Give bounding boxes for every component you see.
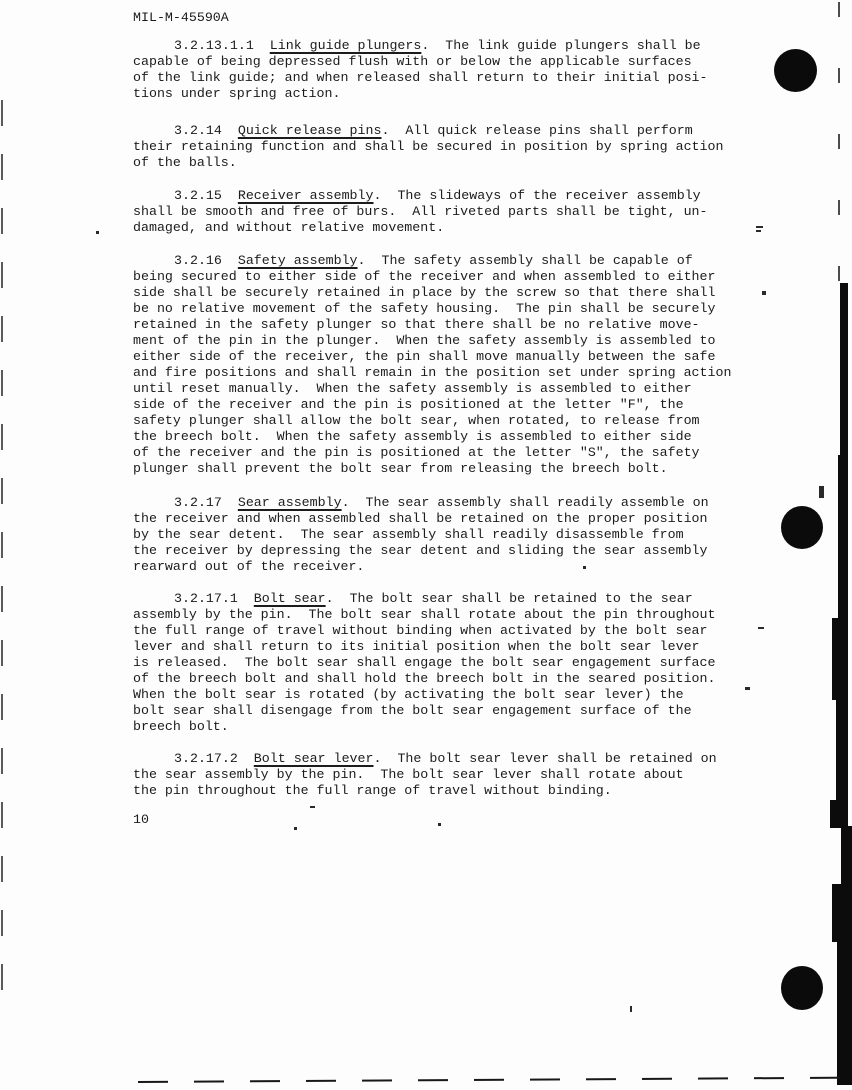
text-line: being secured to either side of the rece… xyxy=(133,269,773,285)
text-line: by the sear detent. The sear assembly sh… xyxy=(133,527,773,543)
text-line: be no relative movement of the safety ho… xyxy=(133,301,773,317)
text-line: When the bolt sear is rotated (by activa… xyxy=(133,687,773,703)
scan-speck xyxy=(96,231,99,234)
spec-paragraph: 3.2.14Quick release pins. All quick rele… xyxy=(133,123,773,171)
document-body: MIL-M-45590A 3.2.13.1.1Link guide plunge… xyxy=(133,10,773,828)
paragraph-first-line: 3.2.14Quick release pins. All quick rele… xyxy=(133,123,773,139)
scan-edge-bar xyxy=(841,826,852,886)
text-line: rearward out of the receiver. xyxy=(133,559,773,575)
scan-edge-bar xyxy=(837,940,852,1085)
scan-edge-bar xyxy=(838,455,848,620)
text-line: and fire positions and shall remain in t… xyxy=(133,365,773,381)
paragraph-first-line: 3.2.15Receiver assembly. The slideways o… xyxy=(133,188,773,204)
text-line: the full range of travel without binding… xyxy=(133,623,773,639)
punch-hole xyxy=(774,49,817,92)
paragraph-first-line: 3.2.13.1.1Link guide plungers. The link … xyxy=(133,38,773,54)
spec-paragraph: 3.2.17.2Bolt sear lever. The bolt sear l… xyxy=(133,751,773,799)
scan-speck xyxy=(310,806,315,808)
paragraph-first-line: 3.2.17.1Bolt sear. The bolt sear shall b… xyxy=(133,591,773,607)
section-title: Link guide plungers xyxy=(270,38,422,53)
spec-paragraph: 3.2.13.1.1Link guide plungers. The link … xyxy=(133,38,773,102)
text-line: of the link guide; and when released sha… xyxy=(133,70,773,86)
section-number: 3.2.13.1.1 xyxy=(174,38,254,53)
first-line-text: . The link guide plungers shall be xyxy=(421,38,700,53)
scan-speck xyxy=(745,687,750,690)
scan-speck xyxy=(762,291,766,295)
text-line: until reset manually. When the safety as… xyxy=(133,381,773,397)
scan-speck xyxy=(758,627,764,629)
text-line: their retaining function and shall be se… xyxy=(133,139,773,155)
section-title: Safety assembly xyxy=(238,253,358,268)
scan-speck xyxy=(583,566,586,569)
text-line: shall be smooth and free of burs. All ri… xyxy=(133,204,773,220)
scan-edge-bar xyxy=(830,800,848,828)
first-line-text: . The slideways of the receiver assembly xyxy=(374,188,701,203)
section-number: 3.2.17.1 xyxy=(174,591,238,606)
section-number: 3.2.17 xyxy=(174,495,222,510)
scan-speck xyxy=(756,226,763,228)
text-line: side shall be securely retained in place… xyxy=(133,285,773,301)
scan-edge-bar xyxy=(840,283,848,458)
right-edge-tick-marks xyxy=(838,2,840,282)
text-line: of the receiver and the pin is positione… xyxy=(133,445,773,461)
scan-speck xyxy=(294,827,297,830)
text-line: the pin throughout the full range of tra… xyxy=(133,783,773,799)
text-line: the receiver by depressing the sear dete… xyxy=(133,543,773,559)
scan-speck xyxy=(819,486,824,498)
page-number: 10 xyxy=(133,812,773,828)
section-title: Bolt sear xyxy=(254,591,326,606)
text-line: of the breech bolt and shall hold the br… xyxy=(133,671,773,687)
scanned-document-page: MIL-M-45590A 3.2.13.1.1Link guide plunge… xyxy=(0,0,852,1090)
text-line: retained in the safety plunger so that t… xyxy=(133,317,773,333)
text-line: safety plunger shall allow the bolt sear… xyxy=(133,413,773,429)
text-line: the breech bolt. When the safety assembl… xyxy=(133,429,773,445)
section-title: Sear assembly xyxy=(238,495,342,510)
document-number: MIL-M-45590A xyxy=(133,10,773,26)
text-line: lever and shall return to its initial po… xyxy=(133,639,773,655)
text-line: capable of being depressed flush with or… xyxy=(133,54,773,70)
first-line-text: . The sear assembly shall readily assemb… xyxy=(342,495,709,510)
scan-edge-bar xyxy=(832,884,852,942)
punch-hole xyxy=(781,506,823,549)
section-title: Receiver assembly xyxy=(238,188,374,203)
paragraph-first-line: 3.2.16Safety assembly. The safety assemb… xyxy=(133,253,773,269)
scan-speck xyxy=(630,1006,632,1012)
scan-speck xyxy=(438,823,441,826)
section-number: 3.2.14 xyxy=(174,123,222,138)
first-line-text: . The safety assembly shall be capable o… xyxy=(358,253,693,268)
section-number: 3.2.16 xyxy=(174,253,222,268)
section-title: Bolt sear lever xyxy=(254,751,374,766)
spec-paragraph: 3.2.17Sear assembly. The sear assembly s… xyxy=(133,495,773,575)
text-line: side of the receiver and the pin is posi… xyxy=(133,397,773,413)
scan-speck xyxy=(756,230,761,232)
first-line-text: . The bolt sear shall be retained to the… xyxy=(326,591,693,606)
text-line: of the balls. xyxy=(133,155,773,171)
text-line: breech bolt. xyxy=(133,719,773,735)
paragraph-first-line: 3.2.17.2Bolt sear lever. The bolt sear l… xyxy=(133,751,773,767)
text-line: ment of the pin in the plunger. When the… xyxy=(133,333,773,349)
scan-edge-bar xyxy=(832,618,848,700)
section-number: 3.2.17.2 xyxy=(174,751,238,766)
first-line-text: . All quick release pins shall perform xyxy=(381,123,692,138)
text-line: is released. The bolt sear shall engage … xyxy=(133,655,773,671)
punch-hole xyxy=(781,966,823,1010)
spec-paragraph: 3.2.17.1Bolt sear. The bolt sear shall b… xyxy=(133,591,773,735)
paragraph-first-line: 3.2.17Sear assembly. The sear assembly s… xyxy=(133,495,773,511)
section-title: Quick release pins xyxy=(238,123,382,138)
text-line: either side of the receiver, the pin sha… xyxy=(133,349,773,365)
scan-edge-bar xyxy=(836,698,848,802)
text-line: tions under spring action. xyxy=(133,86,773,102)
first-line-text: . The bolt sear lever shall be retained … xyxy=(374,751,717,766)
left-edge-tick-marks xyxy=(1,100,3,1015)
text-line: the sear assembly by the pin. The bolt s… xyxy=(133,767,773,783)
bottom-dashed-rule xyxy=(138,1077,852,1083)
text-line: assembly by the pin. The bolt sear shall… xyxy=(133,607,773,623)
text-line: damaged, and without relative movement. xyxy=(133,220,773,236)
spec-paragraph: 3.2.15Receiver assembly. The slideways o… xyxy=(133,188,773,236)
spec-paragraph: 3.2.16Safety assembly. The safety assemb… xyxy=(133,253,773,477)
text-line: the receiver and when assembled shall be… xyxy=(133,511,773,527)
text-line: plunger shall prevent the bolt sear from… xyxy=(133,461,773,477)
section-number: 3.2.15 xyxy=(174,188,222,203)
text-line: bolt sear shall disengage from the bolt … xyxy=(133,703,773,719)
